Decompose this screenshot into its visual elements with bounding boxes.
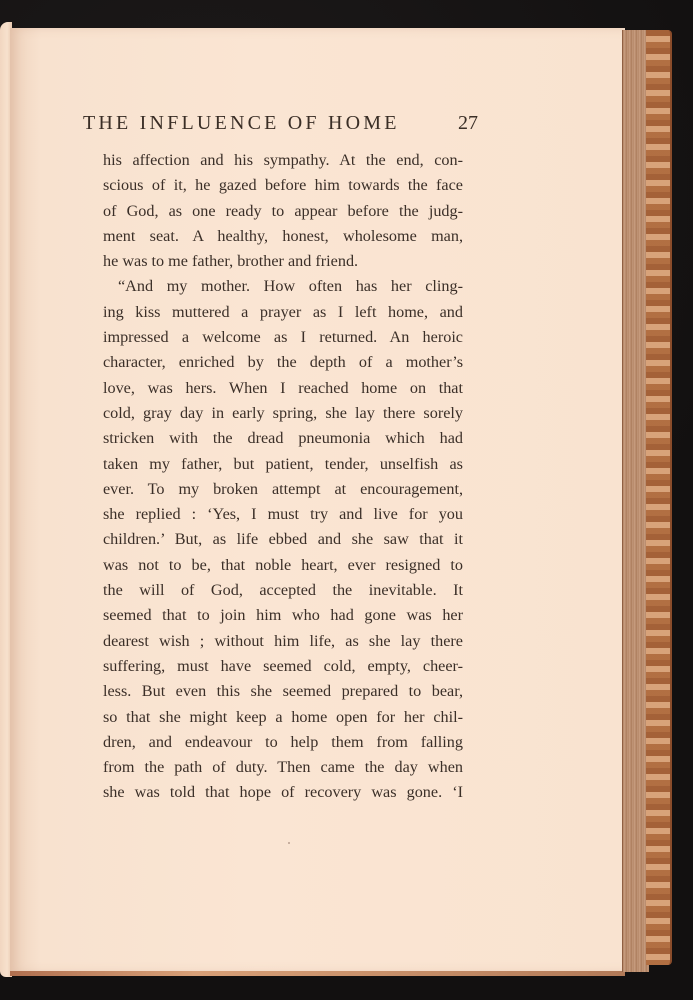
- text-line: impressed a welcome as I returned. An he…: [103, 325, 463, 350]
- text-line: of God, as one ready to appear before th…: [103, 199, 463, 224]
- page-number: 27: [458, 112, 478, 135]
- text-line: ment seat. A healthy, honest, wholesome …: [103, 224, 463, 249]
- text-line: cold, gray day in early spring, she lay …: [103, 401, 463, 426]
- paper-speck: [288, 842, 290, 844]
- text-line: love, was hers. When I reached home on t…: [103, 376, 463, 401]
- text-line: he was to me father, brother and friend.: [103, 249, 463, 274]
- text-line: taken my father, but patient, tender, un…: [103, 452, 463, 477]
- page-bottom-edge: [10, 971, 625, 976]
- text-line: character, enriched by the depth of a mo…: [103, 350, 463, 375]
- text-line: children.’ But, as life ebbed and she sa…: [103, 527, 463, 552]
- text-line: his affection and his sympathy. At the e…: [103, 148, 463, 173]
- text-line: she was told that hope of recovery was g…: [103, 780, 463, 805]
- text-line: dren, and endeavour to help them from fa…: [103, 730, 463, 755]
- text-line: from the path of duty. Then came the day…: [103, 755, 463, 780]
- text-line: was not to be, that noble heart, ever re…: [103, 553, 463, 578]
- text-line: ever. To my broken attempt at encouragem…: [103, 477, 463, 502]
- text-line: seemed that to join him who had gone was…: [103, 603, 463, 628]
- text-line: dearest wish ; without him life, as she …: [103, 629, 463, 654]
- text-line: she replied : ‘Yes, I must try and live …: [103, 502, 463, 527]
- text-line: scious of it, he gazed before him toward…: [103, 173, 463, 198]
- text-line: so that she might keep a home open for h…: [103, 705, 463, 730]
- text-line: less. But even this she seemed prepared …: [103, 679, 463, 704]
- running-title: THE INFLUENCE OF HOME: [83, 112, 400, 135]
- text-line: the will of God, accepted the inevitable…: [103, 578, 463, 603]
- page-block-fore-edge: [622, 30, 649, 972]
- body-text: his affection and his sympathy. At the e…: [103, 148, 463, 806]
- gilt-decorated-edge: [646, 30, 672, 965]
- text-line: stricken with the dread pneumonia which …: [103, 426, 463, 451]
- running-head: THE INFLUENCE OF HOME 27: [83, 112, 478, 135]
- text-line: ing kiss muttered a prayer as I left hom…: [103, 300, 463, 325]
- paragraph-start-line: “And my mother. How often has her cling-: [103, 274, 463, 299]
- text-line: suffering, must have seemed cold, empty,…: [103, 654, 463, 679]
